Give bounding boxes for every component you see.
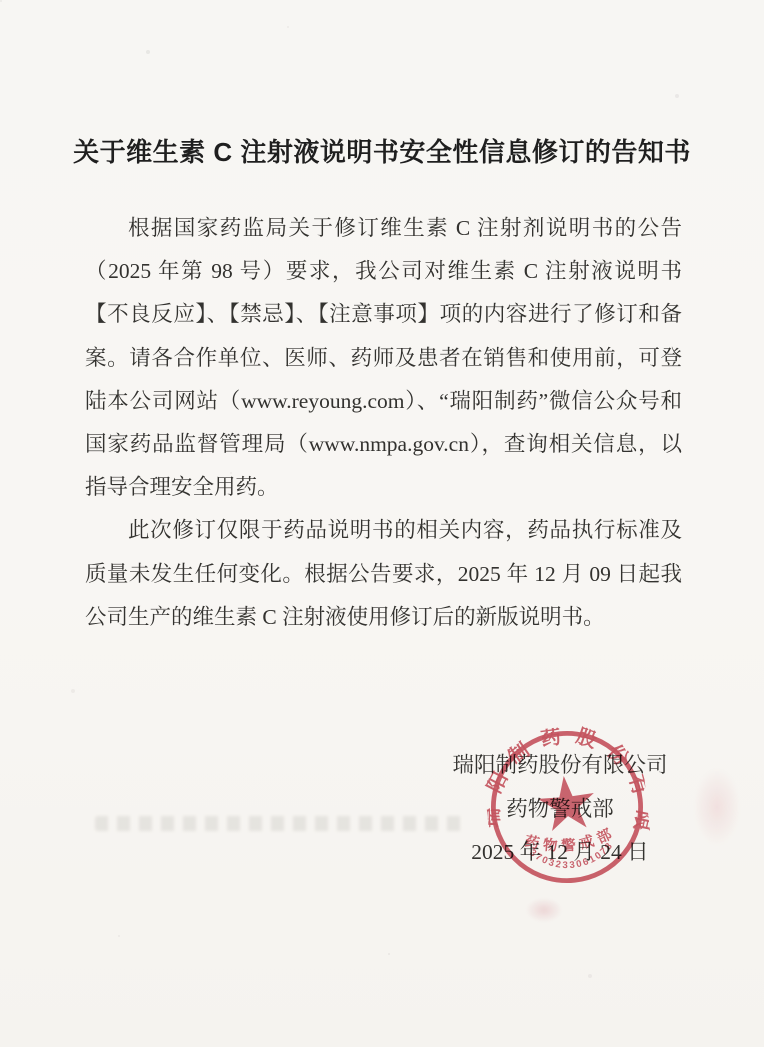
seal-star-icon: [536, 773, 598, 832]
notice-body: 根据国家药监局关于修订维生素 C 注射剂说明书的公告（2025 年第 98 号）…: [85, 207, 682, 639]
notice-paragraph-2: 此次修订仅限于药品说明书的相关内容，药品执行标准及质量未发生任何变化。根据公告要…: [85, 509, 682, 639]
paper-noise-specks: [0, 0, 2, 2]
company-seal-stamp: 瑞阳制药股份有限公司 药物警戒部 3703233061078: [479, 719, 655, 895]
ink-bleed-through: [95, 816, 467, 831]
notice-title: 关于维生素 C 注射液说明书安全性信息修订的告知书: [0, 135, 764, 169]
scanned-notice-page: 关于维生素 C 注射液说明书安全性信息修订的告知书 根据国家药监局关于修订维生素…: [0, 0, 764, 1047]
ink-smudge: [526, 898, 562, 922]
notice-paragraph-1: 根据国家药监局关于修订维生素 C 注射剂说明书的公告（2025 年第 98 号）…: [85, 207, 682, 509]
ink-smudge: [693, 768, 741, 846]
